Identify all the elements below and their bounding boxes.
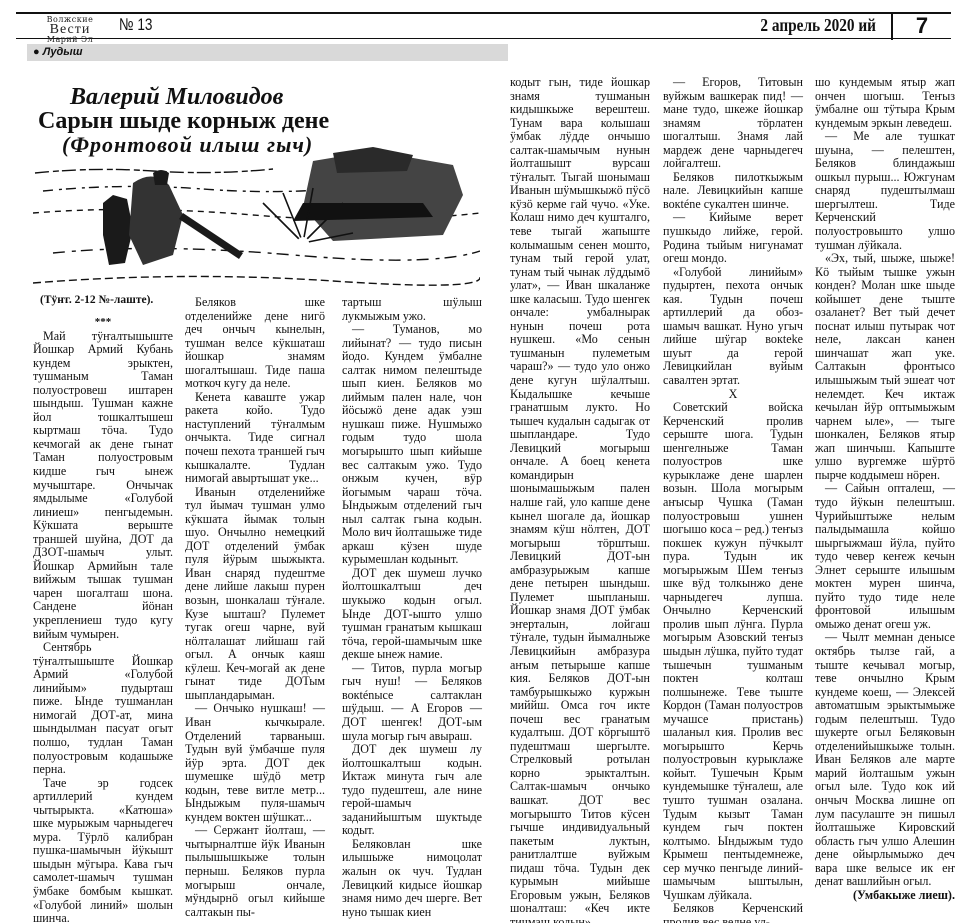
continuation-note: (Тӱҥг. 2-12 №-лаште). [40,294,153,306]
paragraph: кодыт гын, тиде йошкар знамя тушманын ки… [510,76,650,923]
to-be-continued: (Умбакыже лиеш). [815,889,955,903]
paragraph: Кенета каваште ужар ракета койо. Тудо на… [185,391,325,486]
column-5: — Егоров, Титовын вуйжым вашкерак пид! —… [663,76,803,923]
column-1: *** Май тӱҥалтышыште Йошкар Армий Кубань… [33,316,173,923]
paragraph: — Туманов, мо лийынат? — тудо писын йодо… [342,323,482,567]
article-title: Сарын шыде корныж дене [38,108,329,135]
paragraph: Беляков шке отделенийже дене нигӧ деч он… [185,296,325,391]
paragraph: тартыш шӱлыш лукмыжым ужо. [342,296,482,323]
paragraph: — Сайын опталеш, — тудо йӱкын пелештыш. … [815,482,955,631]
paragraph: — Ончыко нушкаш! — Иван кычкырале. Отдел… [185,702,325,824]
page-number: 7 [891,12,951,40]
chapter-mark: X [663,388,803,402]
paragraph: Иванын отделенийже тул йымач тушман улмо… [185,486,325,703]
paragraph: Таче эр годсек артиллерий кундем чытырык… [33,777,173,923]
page-header: Волжские Вести Марий Эл № 13 2 апрель 20… [16,12,951,39]
rubric-bar: ● Лудыш [27,44,508,61]
section-separator: *** [33,316,173,330]
issue-date: 2 апрель 2020 ий [760,15,876,36]
column-2: Беляков шке отделенийже дене нигӧ деч он… [185,296,325,919]
paragraph: — Титов, пурла могыр гыч нуш! — Беляков … [342,662,482,743]
paragraph: Советский войска Керченский пролив серыш… [663,401,803,902]
article-author: Валерий Миловидов [70,84,283,111]
paragraph: — Егоров, Титовын вуйжым вашкерак пид! —… [663,76,803,171]
paragraph: Беляков пилоткыжым нале. Левицкийын капш… [663,171,803,212]
paragraph: ДОТ дек шумеш лу йолтошкалтыш кодын. Икт… [342,743,482,838]
paragraph: — Кийыме верет пушкыдо лийже, герой. Род… [663,211,803,265]
paragraph: — Ме але тушкат шуына, — пелештен, Беляк… [815,130,955,252]
column-4: кодыт гын, тиде йошкар знамя тушманын ки… [510,76,650,923]
paragraph: — Сержант йолташ, — чытырналтше йӱк Иван… [185,824,325,919]
paragraph: ДОТ дек шумеш лучко йолтошкалтыш деч шук… [342,567,482,662]
paragraph: Беляков Керченский пролив вес велне ул- [663,902,803,923]
paragraph: Беляковлан шке илышыже нимоцолат жалын о… [342,838,482,919]
paragraph: Май тӱҥалтышыште Йошкар Армий Кубань кун… [33,330,173,642]
paragraph: — Чылт мемнан денысе октябрь тылзе гай, … [815,631,955,888]
article-subtitle: (Фронтовой илыш гыч) [62,132,313,158]
paragraph: Сентябрь тӱҥалтышыште Йошкар Армий «Голу… [33,641,173,776]
column-3: тартыш шӱлыш лукмыжым ужо. — Туманов, мо… [342,296,482,919]
newspaper-logo: Волжские Вести Марий Эл [44,16,96,36]
issue-number: № 13 [119,15,153,35]
column-6: шо кундемым ятыр жап ончен шогыш. Теҥыз … [815,76,955,902]
paragraph: «Голубой линийым» пудыртен, пехота ончык… [663,266,803,388]
paragraph: шо кундемым ятыр жап ончен шогыш. Теҥыз … [815,76,955,130]
war-illustration-icon [33,143,480,291]
logo-sub: Марий Эл [47,35,94,44]
paragraph: «Эх, тый, шыже, шыже! Кӧ тыйым тышке ужы… [815,252,955,482]
